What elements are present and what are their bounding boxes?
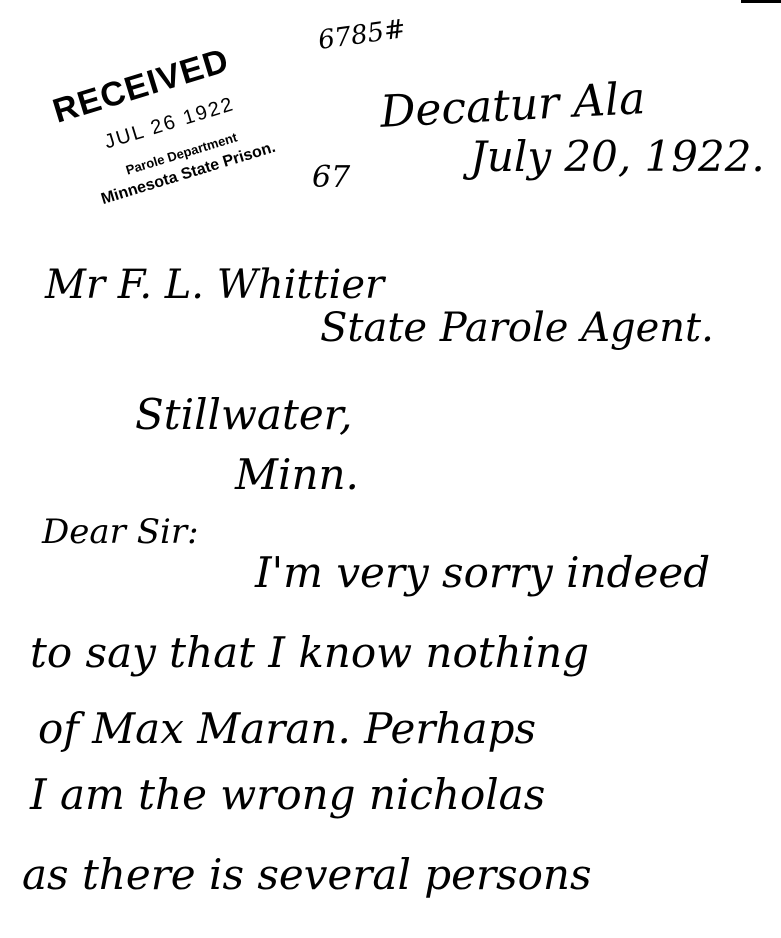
short-number: 67	[312, 160, 350, 195]
body-line: of Max Maran. Perhaps	[38, 704, 536, 753]
body-line: I am the wrong nicholas	[30, 770, 545, 819]
salutation: Dear Sir:	[42, 512, 199, 552]
recipient-title: State Parole Agent.	[320, 305, 714, 351]
letter-place: Decatur Ala	[379, 73, 647, 138]
body-line: I'm very sorry indeed	[255, 548, 710, 597]
recipient-name: Mr F. L. Whittier	[45, 262, 384, 308]
letter-date: July 20, 1922.	[470, 132, 765, 181]
recipient-city: Stillwater,	[135, 390, 353, 439]
body-line: to say that I know nothing	[30, 628, 589, 677]
scan-edge-mark	[741, 0, 781, 3]
body-line: as there is several persons	[22, 850, 592, 899]
file-number: 6785#	[316, 14, 407, 56]
recipient-state: Minn.	[235, 450, 359, 499]
